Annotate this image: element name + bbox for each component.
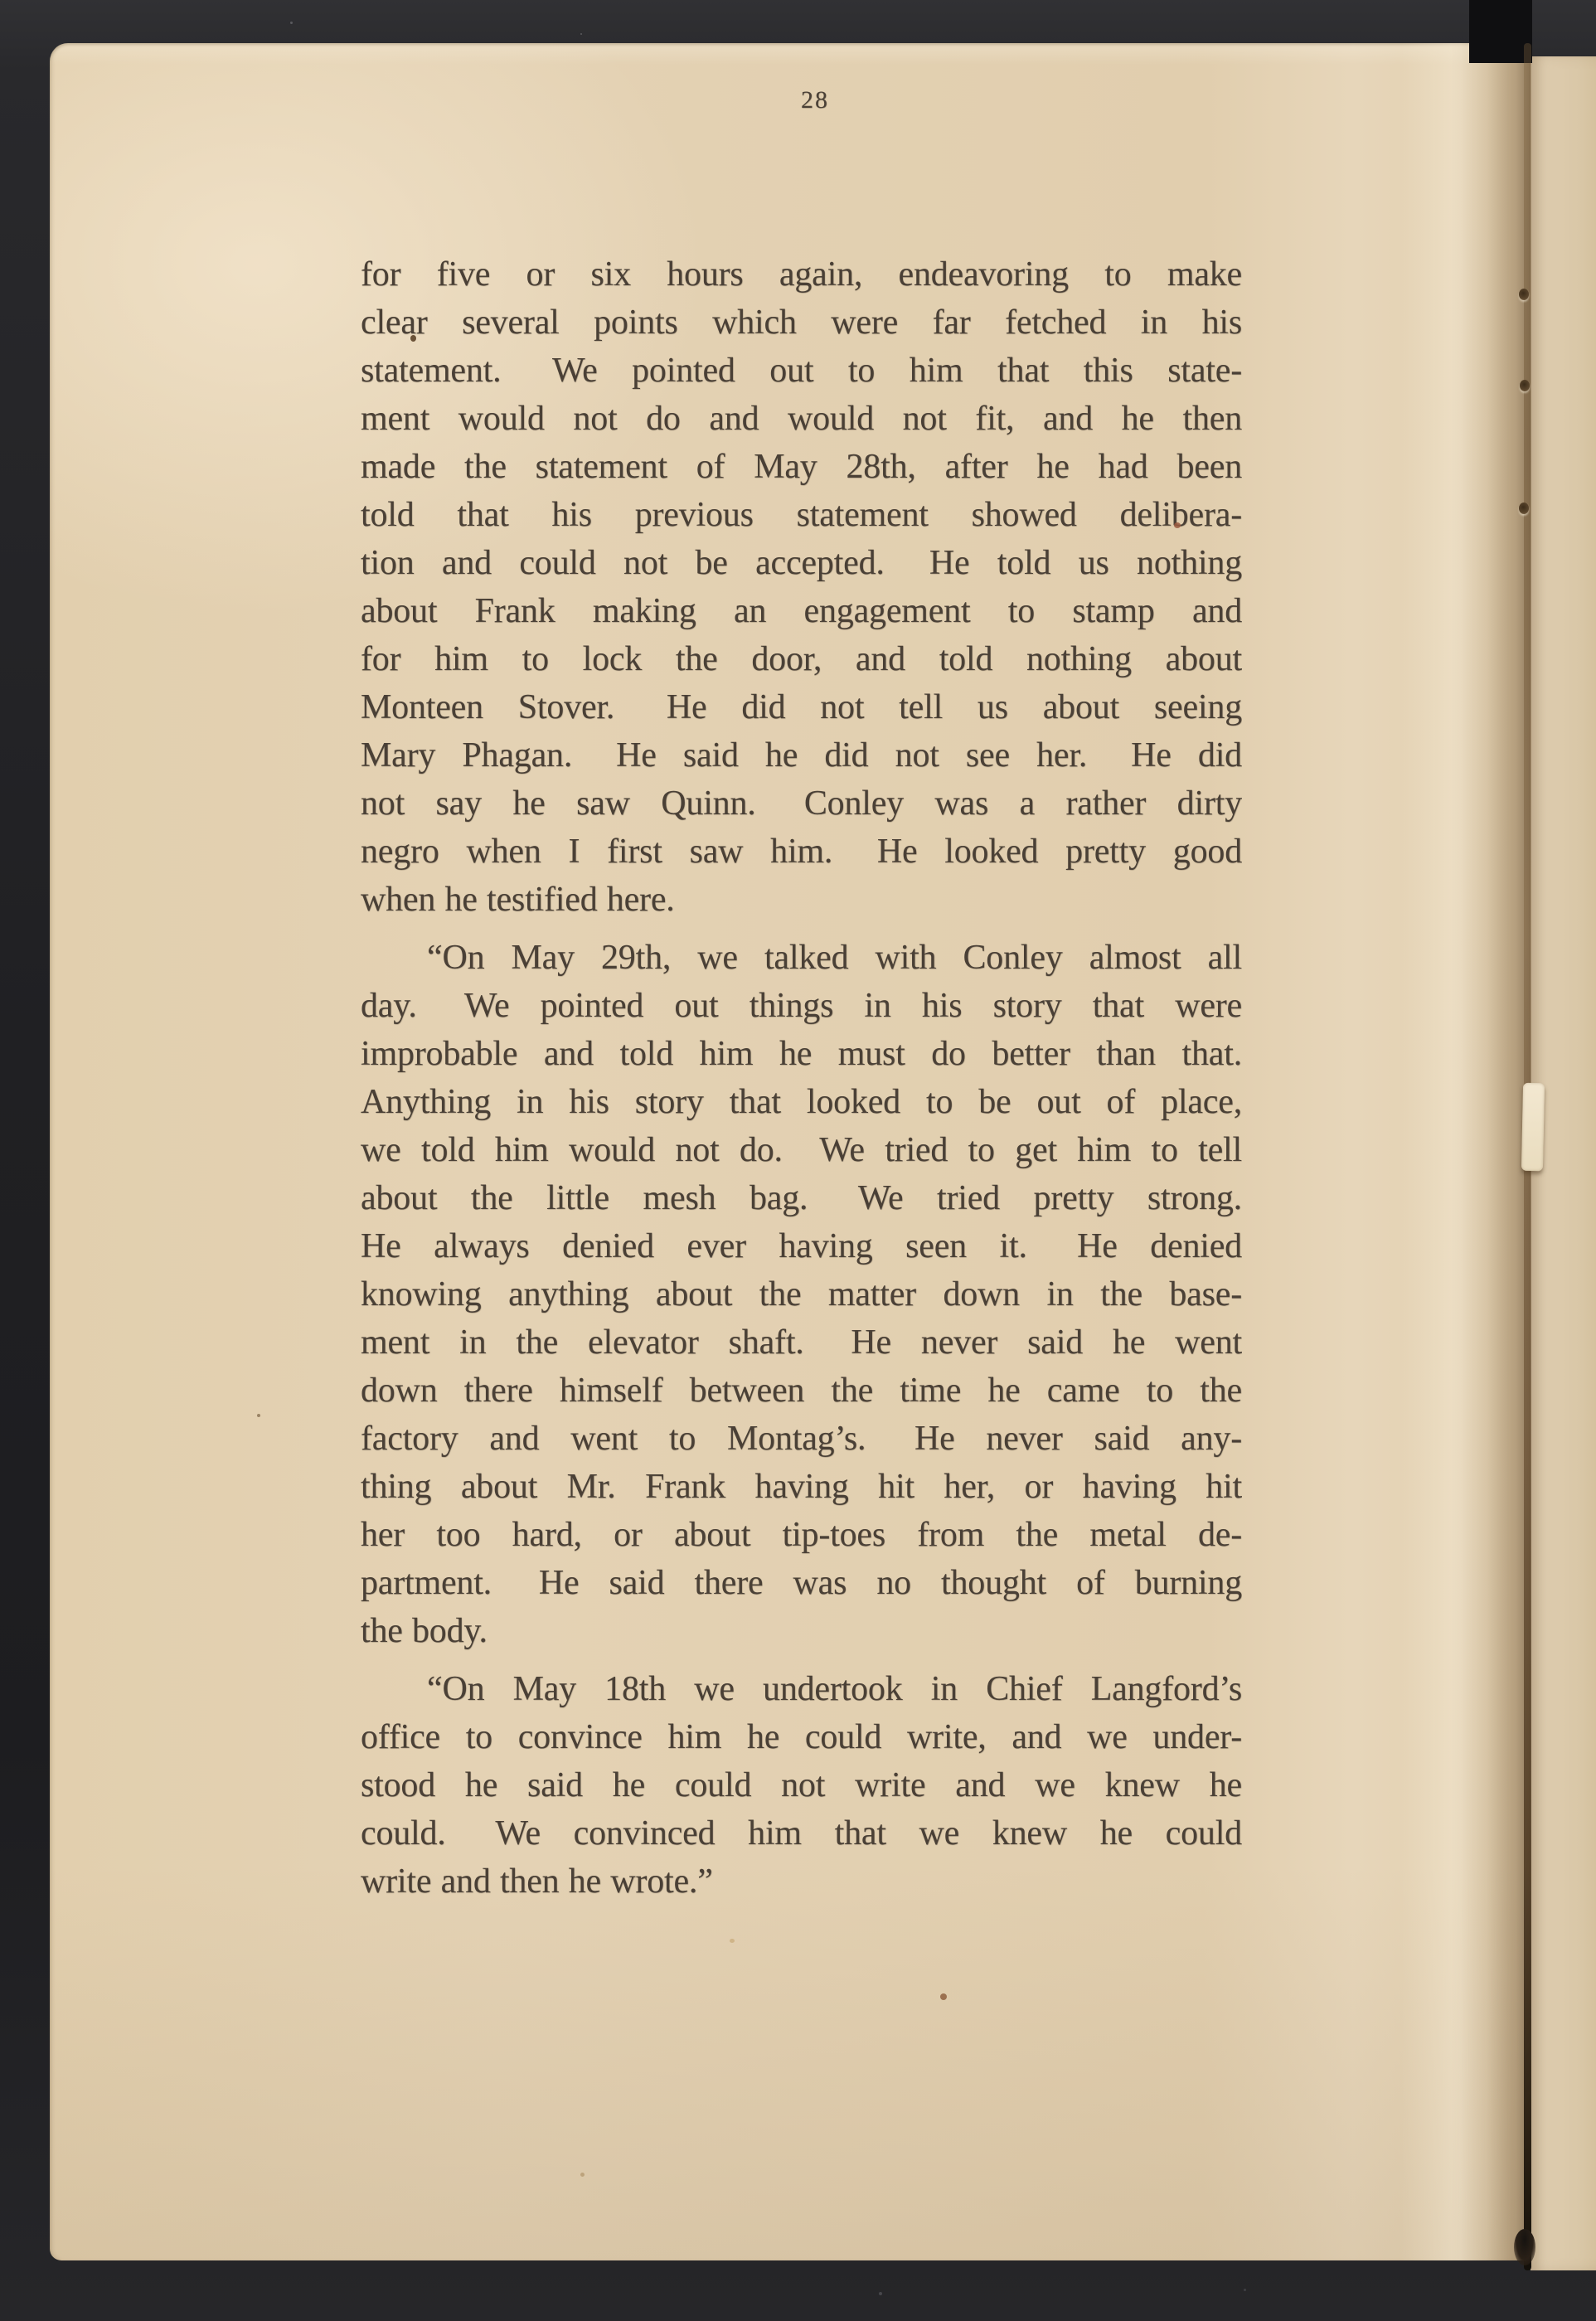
paragraph: “On May 29th, we talked with Conley almo… xyxy=(361,934,1242,1655)
ink-speck xyxy=(410,335,416,342)
text-line: negro when I first saw him. He looked pr… xyxy=(361,828,1242,876)
ink-speck xyxy=(1174,522,1181,528)
text-line: improbable and told him he must do bette… xyxy=(361,1030,1242,1078)
dust-speck xyxy=(290,22,293,24)
page-curl-highlight xyxy=(1401,43,1509,2260)
text-line: when he testified here. xyxy=(361,876,1242,924)
text-line: write and then he wrote.” xyxy=(361,1857,1242,1906)
text-line: day. We pointed out things in his story … xyxy=(361,982,1242,1030)
text-line: He always denied ever having seen it. He… xyxy=(361,1222,1242,1270)
text-line: factory and went to Montag’s. He never s… xyxy=(361,1415,1242,1463)
text-line: we told him would not do. We tried to ge… xyxy=(361,1126,1242,1174)
paragraph: “On May 18th we undertook in Chief Langf… xyxy=(361,1665,1242,1906)
text-line: stood he said he could not write and we … xyxy=(361,1761,1242,1809)
book-page: for five or six hours again, endeavoring… xyxy=(50,43,1531,2260)
binding-tape xyxy=(1521,1083,1545,1172)
text-line: not say he saw Quinn. Conley was a rathe… xyxy=(361,779,1242,828)
text-line: ment would not do and would not fit, and… xyxy=(361,395,1242,443)
page-gap-notch xyxy=(1469,0,1532,63)
text-line: the body. xyxy=(361,1607,1242,1655)
text-line: ment in the elevator shaft. He never sai… xyxy=(361,1318,1242,1367)
scanned-book-spread: for five or six hours again, endeavoring… xyxy=(0,0,1596,2321)
text-line: thing about Mr. Frank having hit her, or… xyxy=(361,1463,1242,1511)
text-line: Monteen Stover. He did not tell us about… xyxy=(361,683,1242,731)
page-text-block: for five or six hours again, endeavoring… xyxy=(361,250,1242,1906)
dust-speck xyxy=(580,33,582,35)
text-line: tion and could not be accepted. He told … xyxy=(361,539,1242,587)
text-line: about the little mesh bag. We tried pret… xyxy=(361,1174,1242,1222)
dust-speck xyxy=(1244,2289,1246,2291)
text-line: statement. We pointed out to him that th… xyxy=(361,347,1242,395)
text-line: clear several points which were far fetc… xyxy=(361,299,1242,347)
ink-speck xyxy=(730,1939,735,1943)
text-line: made the statement of May 28th, after he… xyxy=(361,443,1242,491)
text-line: for five or six hours again, endeavoring… xyxy=(361,250,1242,299)
text-line: office to convince him he could write, a… xyxy=(361,1713,1242,1761)
ink-speck xyxy=(257,1414,260,1417)
ink-speck xyxy=(580,2173,585,2177)
text-line: “On May 29th, we talked with Conley almo… xyxy=(361,934,1242,982)
dust-speck xyxy=(879,2292,882,2295)
sewing-hole xyxy=(1519,289,1529,300)
text-line: knowing anything about the matter down i… xyxy=(361,1270,1242,1318)
ink-speck xyxy=(940,1993,947,2000)
page-number: 28 xyxy=(75,86,1555,114)
paragraph: for five or six hours again, endeavoring… xyxy=(361,250,1242,924)
text-line: “On May 18th we undertook in Chief Langf… xyxy=(361,1665,1242,1713)
sewing-hole xyxy=(1520,380,1530,391)
text-line: for him to lock the door, and told nothi… xyxy=(361,635,1242,683)
text-line: about Frank making an engagement to stam… xyxy=(361,587,1242,635)
gutter-shadow xyxy=(1451,43,1531,2260)
sewing-hole xyxy=(1519,503,1529,514)
text-line: told that his previous statement showed … xyxy=(361,491,1242,539)
text-line: Anything in his story that looked to be … xyxy=(361,1078,1242,1126)
text-line: partment. He said there was no thought o… xyxy=(361,1559,1242,1607)
text-line: Mary Phagan. He said he did not see her.… xyxy=(361,731,1242,779)
crease-tear xyxy=(1514,2229,1535,2265)
text-line: down there himself between the time he c… xyxy=(361,1367,1242,1415)
text-line: could. We convinced him that we knew he … xyxy=(361,1809,1242,1857)
text-line: her too hard, or about tip-toes from the… xyxy=(361,1511,1242,1559)
